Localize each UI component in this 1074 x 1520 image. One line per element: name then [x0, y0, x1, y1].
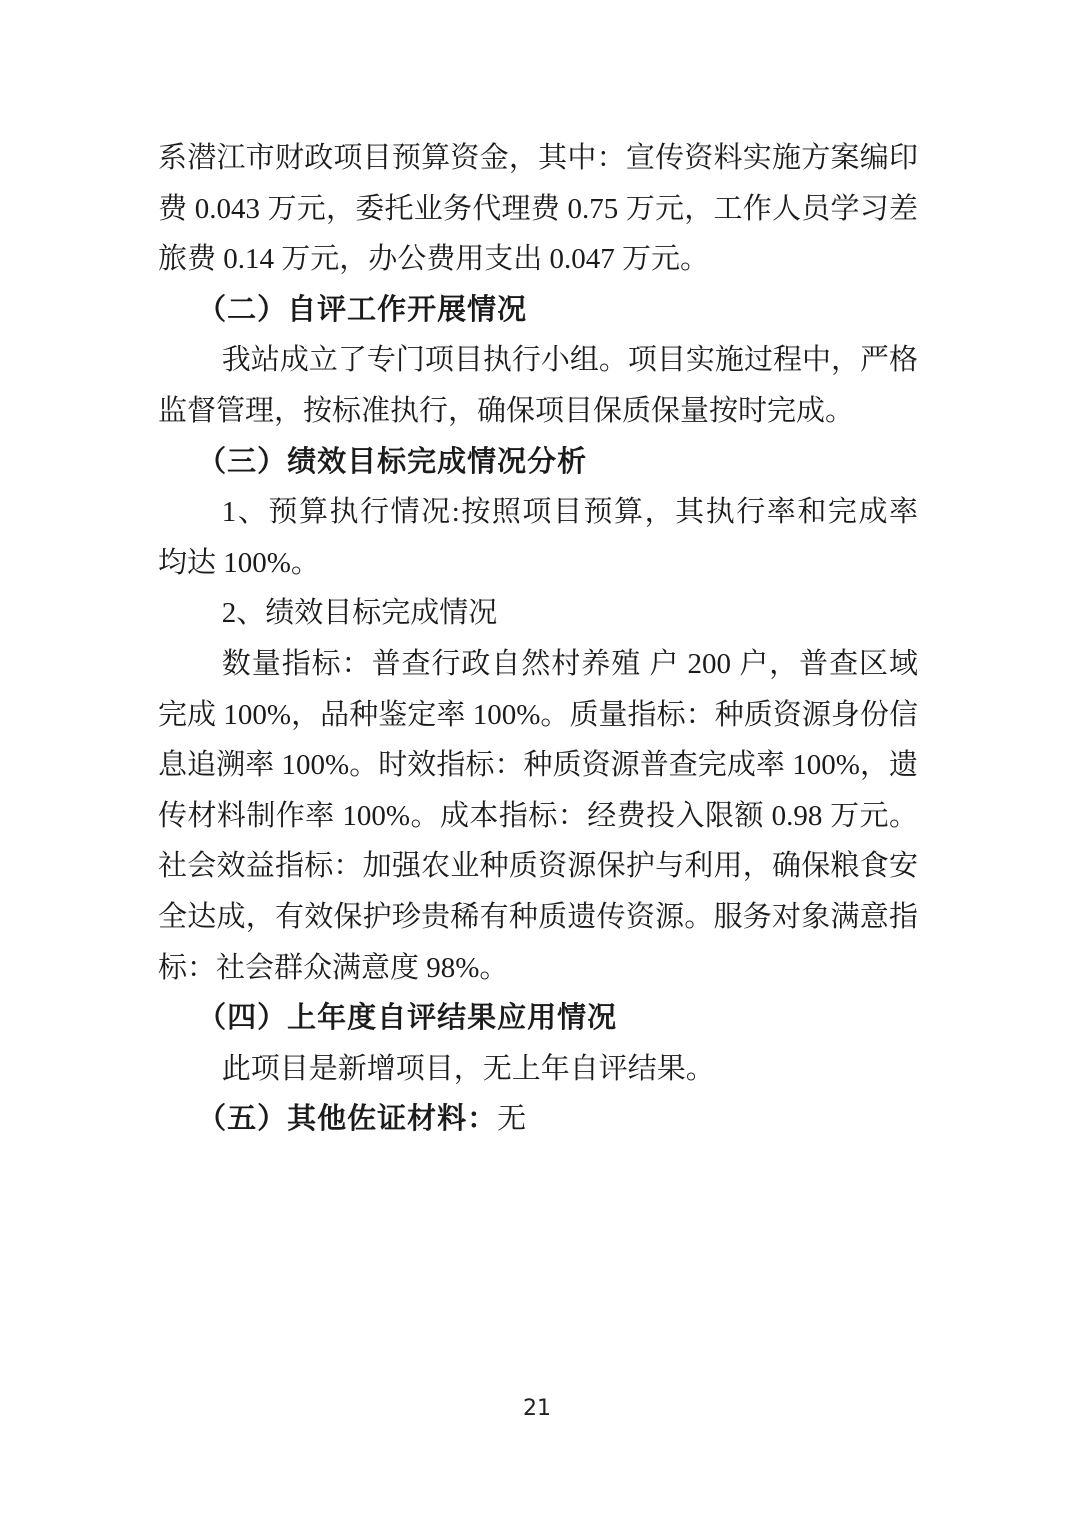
paragraph-line: 数量指标：普查行政自然村养殖 户 200 户，普查区域 — [158, 639, 918, 690]
page-footer: 21 — [0, 1396, 1074, 1421]
paragraph-line: 全达成，有效保护珍贵稀有种质遗传资源。服务对象满意指 — [158, 892, 918, 943]
section-heading: （三）绩效目标完成情况分析 — [158, 437, 918, 488]
document-page: 系潜江市财政项目预算资金，其中：宣传资料实施方案编印费 0.043 万元，委托业… — [0, 0, 1074, 1520]
paragraph-line: 标：社会群众满意度 98%。 — [158, 943, 918, 994]
paragraph-line: 旅费 0.14 万元，办公费用支出 0.047 万元。 — [158, 234, 918, 285]
text-block: 系潜江市财政项目预算资金，其中：宣传资料实施方案编印费 0.043 万元，委托业… — [158, 133, 918, 1145]
paragraph-line: 我站成立了专门项目执行小组。项目实施过程中，严格 — [158, 335, 918, 386]
paragraph-line: 此项目是新增项目，无上年自评结果。 — [158, 1044, 918, 1095]
paragraph-line: 监督管理，按标准执行，确保项目保质保量按时完成。 — [158, 386, 918, 437]
heading-label: （五）其他佐证材料： — [197, 1103, 497, 1135]
paragraph-line: 均达 100%。 — [158, 538, 918, 589]
paragraph-line: 完成 100%，品种鉴定率 100%。质量指标：种质资源身份信 — [158, 690, 918, 741]
paragraph-line: 传材料制作率 100%。成本指标：经费投入限额 0.98 万元。 — [158, 791, 918, 842]
paragraph-line: 1、预算执行情况:按照项目预算，其执行率和完成率 — [158, 487, 918, 538]
paragraph-line: 社会效益指标：加强农业种质资源保护与利用，确保粮食安 — [158, 841, 918, 892]
paragraph-line: 系潜江市财政项目预算资金，其中：宣传资料实施方案编印 — [158, 133, 918, 184]
section-heading: （五）其他佐证材料：无 — [158, 1094, 918, 1145]
page-number: 21 — [523, 1396, 551, 1421]
heading-value: 无 — [497, 1103, 526, 1135]
paragraph-line: 2、绩效目标完成情况 — [158, 588, 918, 639]
paragraph-line: 息追溯率 100%。时效指标：种质资源普查完成率 100%，遗 — [158, 740, 918, 791]
paragraph-line: 费 0.043 万元，委托业务代理费 0.75 万元，工作人员学习差 — [158, 184, 918, 235]
section-heading: （四）上年度自评结果应用情况 — [158, 993, 918, 1044]
section-heading: （二）自评工作开展情况 — [158, 285, 918, 336]
